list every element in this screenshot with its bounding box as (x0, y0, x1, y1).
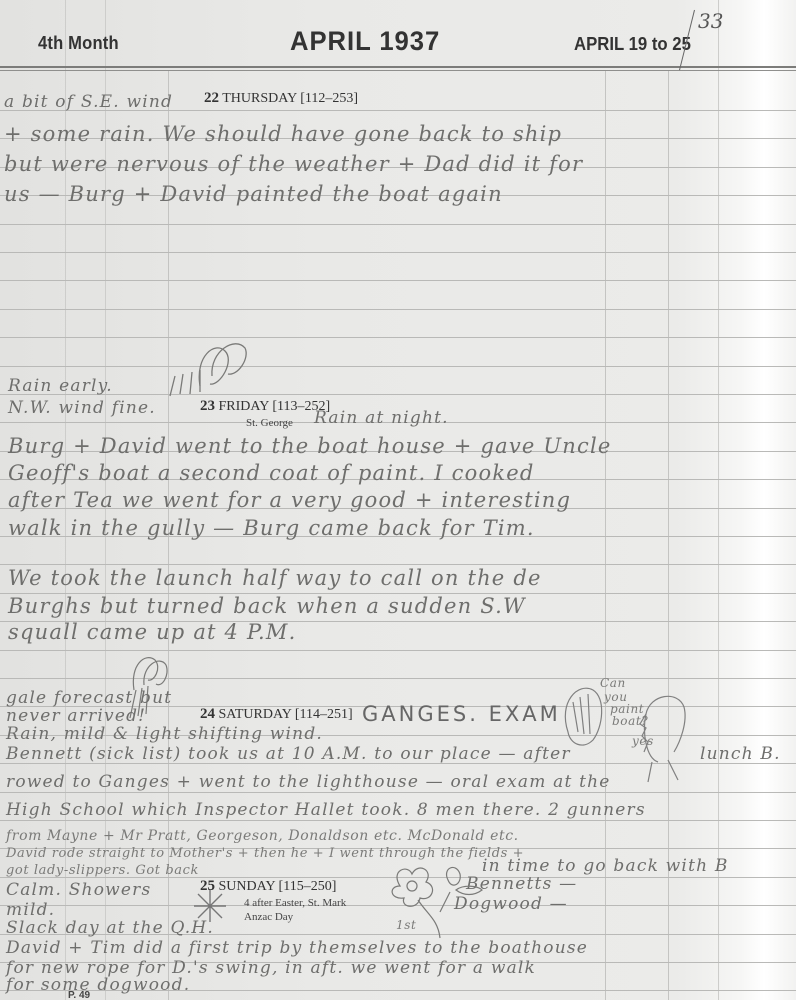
handwritten-line: Calm. Showers (6, 880, 151, 900)
speech-bubble-text: yes (632, 734, 654, 748)
day-number: 23 (200, 398, 215, 414)
handwritten-line: + some rain. We should have gone back to… (4, 122, 562, 146)
handwritten-line: We took the launch half way to call on t… (8, 566, 542, 590)
handwritten-line: Burg + David went to the boat house + ga… (8, 434, 612, 458)
ruled-line (0, 820, 796, 821)
day-note: 4 after Easter, St. Mark (244, 896, 346, 910)
handwritten-line: from Mayne + Mr Pratt, Georgeson, Donald… (6, 828, 519, 844)
wind-doodle-icon (150, 336, 260, 406)
handwritten-line: in time to go back with B (482, 856, 729, 876)
day-name: FRIDAY (219, 399, 269, 414)
ruled-line (0, 564, 796, 565)
ruled-line (0, 252, 796, 253)
handwritten-line: us — Burg + David painted the boat again (4, 182, 503, 206)
day-counts: [112–253] (300, 91, 358, 106)
sketch-label: 1st (396, 918, 416, 932)
day-number: 24 (200, 706, 215, 722)
handwritten-line: Rain at night. (314, 408, 449, 428)
day-counts: [114–251] (295, 707, 353, 722)
day-heading-saturday: 24 SATURDAY [114–251] (200, 706, 353, 723)
day-name: THURSDAY (222, 91, 296, 106)
handwritten-line: David rode straight to Mother's + then h… (6, 846, 524, 861)
handwritten-line: Burghs but turned back when a sudden S.W (8, 594, 526, 618)
margin-rule (718, 0, 719, 1000)
handwritten-line: N.W. wind fine. (8, 398, 156, 418)
handwritten-line: lunch B. (700, 744, 781, 764)
handwritten-line: gale forecast but (6, 688, 172, 708)
day-heading-friday: 23 FRIDAY [113–252] (200, 398, 330, 415)
header-rule (0, 66, 796, 68)
month-label: 4th Month (38, 33, 119, 54)
week-range: APRIL 19 to 25 (574, 34, 691, 55)
page-title: APRIL 1937 (290, 26, 440, 57)
handwritten-line: for some dogwood. (6, 975, 190, 995)
day-counts: [115–250] (279, 879, 337, 894)
day-number: 22 (204, 90, 219, 106)
handwritten-line: Geoff's boat a second coat of paint. I c… (8, 461, 535, 485)
handwritten-line: Rain early. (8, 376, 113, 396)
handwritten-line: got lady-slippers. Got back (6, 863, 199, 878)
handwritten-line: a bit of S.E. wind (4, 92, 173, 112)
handwritten-line: never arrived! (6, 706, 146, 726)
ruled-line (0, 366, 796, 367)
handwritten-line: Bennett (sick list) took us at 10 A.M. t… (6, 744, 571, 764)
exam-heading: GANGES. EXAM (362, 702, 561, 726)
page-number: 33 (698, 9, 723, 33)
handwritten-line: Rain, mild & light shifting wind. (6, 724, 323, 744)
handwritten-line: Slack day at the Q.H. (6, 918, 214, 938)
handwritten-line: but were nervous of the weather + Dad di… (4, 152, 583, 176)
handwritten-line: Dogwood — (454, 894, 568, 914)
day-heading-thursday: 22 THURSDAY [112–253] (204, 90, 358, 107)
handwritten-line: High School which Inspector Hallet took.… (6, 800, 646, 820)
ruled-line (0, 224, 796, 225)
day-note: St. George (246, 416, 293, 430)
handwritten-line: walk in the gully — Burg came back for T… (8, 516, 535, 540)
ruled-line (0, 394, 796, 395)
handwritten-line: rowed to Ganges + went to the lighthouse… (6, 772, 611, 792)
handwritten-line: squall came up at 4 P.M. (8, 620, 297, 644)
page-footer-code: P. 49 (68, 990, 90, 1000)
handwritten-line: David + Tim did a first trip by themselv… (6, 938, 588, 958)
header-rule (0, 70, 796, 71)
diary-page: 4th Month APRIL 1937 APRIL 19 to 25 33 2… (0, 0, 796, 1000)
day-name: SATURDAY (219, 707, 292, 722)
day-note: Anzac Day (244, 910, 293, 924)
speech-bubble-text: boat? (612, 714, 648, 728)
ruled-line (0, 280, 796, 281)
ruled-line (0, 337, 796, 338)
ruled-line (0, 309, 796, 310)
ruled-line (0, 792, 796, 793)
handwritten-line: after Tea we went for a very good + inte… (8, 488, 571, 512)
handwritten-line: mild. (6, 900, 55, 920)
speech-bubble-text: Can (600, 676, 626, 690)
